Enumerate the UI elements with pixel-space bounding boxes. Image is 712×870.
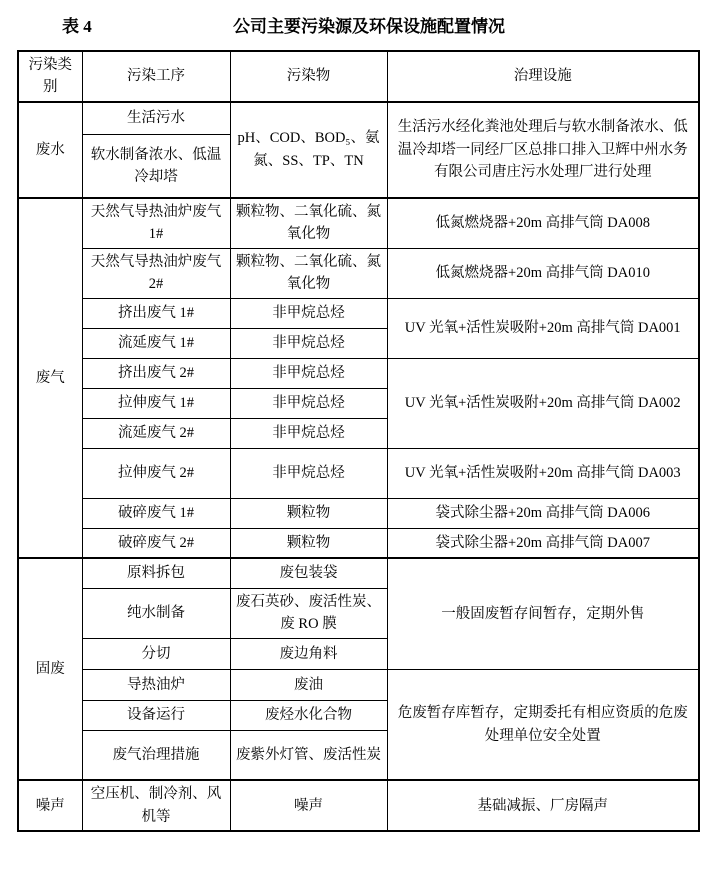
table-label: 表 4 (62, 12, 92, 37)
table-row: 挤出废气 1# 非甲烷总烃 UV 光氧+活性炭吸附+20m 高排气筒 DA001 (18, 298, 699, 328)
treatment-cell: 危废暂存库暂存，定期委托有相应资质的危废处理单位安全处置 (387, 669, 699, 780)
process-cell: 挤出废气 2# (82, 358, 230, 388)
title-bar: 表 4 公司主要污染源及环保设施配置情况 (0, 12, 712, 36)
process-cell: 导热油炉 (82, 669, 230, 700)
pollutant-cell: pH、COD、BOD₅、氨氮、SS、TP、TN (230, 102, 387, 198)
process-cell: 挤出废气 1# (82, 298, 230, 328)
header-pollutant: 污染物 (230, 51, 387, 102)
pollutant-cell: 颗粒物 (230, 498, 387, 528)
category-cell-wastewater: 废水 (18, 102, 82, 198)
process-cell: 分切 (82, 638, 230, 669)
header-category: 污染类别 (18, 51, 82, 102)
header-process: 污染工序 (82, 51, 230, 102)
page-title: 公司主要污染源及环保设施配置情况 (0, 12, 712, 37)
process-cell: 生活污水 (82, 102, 230, 135)
table-row: 废气 天然气导热油炉废气 1# 颗粒物、二氧化硫、氮氧化物 低氮燃烧器+20m … (18, 198, 699, 248)
table-row: 固废 原料拆包 废包装袋 一般固废暂存间暂存，定期外售 (18, 558, 699, 588)
process-cell: 拉伸废气 2# (82, 448, 230, 498)
process-cell: 原料拆包 (82, 558, 230, 588)
process-cell: 废气治理措施 (82, 730, 230, 780)
treatment-cell: 生活污水经化粪池处理后与软水制备浓水、低温冷却塔一同经厂区总排口排入卫辉中州水务… (387, 102, 699, 198)
pollutant-cell: 废紫外灯管、废活性炭 (230, 730, 387, 780)
treatment-cell: 低氮燃烧器+20m 高排气筒 DA008 (387, 198, 699, 248)
table-row: 挤出废气 2# 非甲烷总烃 UV 光氧+活性炭吸附+20m 高排气筒 DA002 (18, 358, 699, 388)
process-cell: 软水制备浓水、低温冷却塔 (82, 135, 230, 198)
treatment-cell: 袋式除尘器+20m 高排气筒 DA007 (387, 528, 699, 558)
process-cell: 破碎废气 1# (82, 498, 230, 528)
pollutant-cell: 非甲烷总烃 (230, 358, 387, 388)
process-cell: 破碎废气 2# (82, 528, 230, 558)
process-cell: 天然气导热油炉废气 1# (82, 198, 230, 248)
table-row: 拉伸废气 2# 非甲烷总烃 UV 光氧+活性炭吸附+20m 高排气筒 DA003 (18, 448, 699, 498)
treatment-cell: 一般固废暂存间暂存，定期外售 (387, 558, 699, 669)
pollutant-cell: 颗粒物 (230, 528, 387, 558)
process-cell: 拉伸废气 1# (82, 388, 230, 418)
treatment-cell: UV 光氧+活性炭吸附+20m 高排气筒 DA001 (387, 298, 699, 358)
process-cell: 纯水制备 (82, 588, 230, 638)
pollutant-cell: 颗粒物、二氧化硫、氮氧化物 (230, 198, 387, 248)
pollutant-cell: 废烃水化合物 (230, 700, 387, 730)
pollutant-cell: 废边角料 (230, 638, 387, 669)
treatment-cell: UV 光氧+活性炭吸附+20m 高排气筒 DA003 (387, 448, 699, 498)
table-row: 天然气导热油炉废气 2# 颗粒物、二氧化硫、氮氧化物 低氮燃烧器+20m 高排气… (18, 248, 699, 298)
pollutant-cell: 废油 (230, 669, 387, 700)
process-cell: 空压机、制冷剂、风机等 (82, 780, 230, 831)
pollutant-cell: 废石英砂、废活性炭、废 RO 膜 (230, 588, 387, 638)
pollutant-cell: 噪声 (230, 780, 387, 831)
process-cell: 天然气导热油炉废气 2# (82, 248, 230, 298)
table-row: 导热油炉 废油 危废暂存库暂存，定期委托有相应资质的危废处理单位安全处置 (18, 669, 699, 700)
process-cell: 流延废气 2# (82, 418, 230, 448)
treatment-cell: 低氮燃烧器+20m 高排气筒 DA010 (387, 248, 699, 298)
pollutant-cell: 废包装袋 (230, 558, 387, 588)
pollutant-cell: 非甲烷总烃 (230, 418, 387, 448)
pollution-table: 污染类别 污染工序 污染物 治理设施 废水 生活污水 pH、COD、BOD₅、氨… (17, 50, 700, 832)
header-row: 污染类别 污染工序 污染物 治理设施 (18, 51, 699, 102)
category-cell-solid-waste: 固废 (18, 558, 82, 780)
category-cell-noise: 噪声 (18, 780, 82, 831)
header-treatment: 治理设施 (387, 51, 699, 102)
process-cell: 流延废气 1# (82, 328, 230, 358)
pollutant-cell: 非甲烷总烃 (230, 388, 387, 418)
table-row: 噪声 空压机、制冷剂、风机等 噪声 基础减振、厂房隔声 (18, 780, 699, 831)
table-row: 破碎废气 2# 颗粒物 袋式除尘器+20m 高排气筒 DA007 (18, 528, 699, 558)
treatment-cell: 基础减振、厂房隔声 (387, 780, 699, 831)
table-row: 废水 生活污水 pH、COD、BOD₅、氨氮、SS、TP、TN 生活污水经化粪池… (18, 102, 699, 135)
process-cell: 设备运行 (82, 700, 230, 730)
pollutant-cell: 非甲烷总烃 (230, 298, 387, 328)
treatment-cell: UV 光氧+活性炭吸附+20m 高排气筒 DA002 (387, 358, 699, 448)
table-row: 破碎废气 1# 颗粒物 袋式除尘器+20m 高排气筒 DA006 (18, 498, 699, 528)
pollutant-cell: 颗粒物、二氧化硫、氮氧化物 (230, 248, 387, 298)
treatment-cell: 袋式除尘器+20m 高排气筒 DA006 (387, 498, 699, 528)
pollutant-cell: 非甲烷总烃 (230, 448, 387, 498)
pollutant-cell: 非甲烷总烃 (230, 328, 387, 358)
document-page: 表 4 公司主要污染源及环保设施配置情况 污染类别 污染工序 污染物 治理设施 … (0, 0, 712, 870)
category-cell-waste-gas: 废气 (18, 198, 82, 558)
